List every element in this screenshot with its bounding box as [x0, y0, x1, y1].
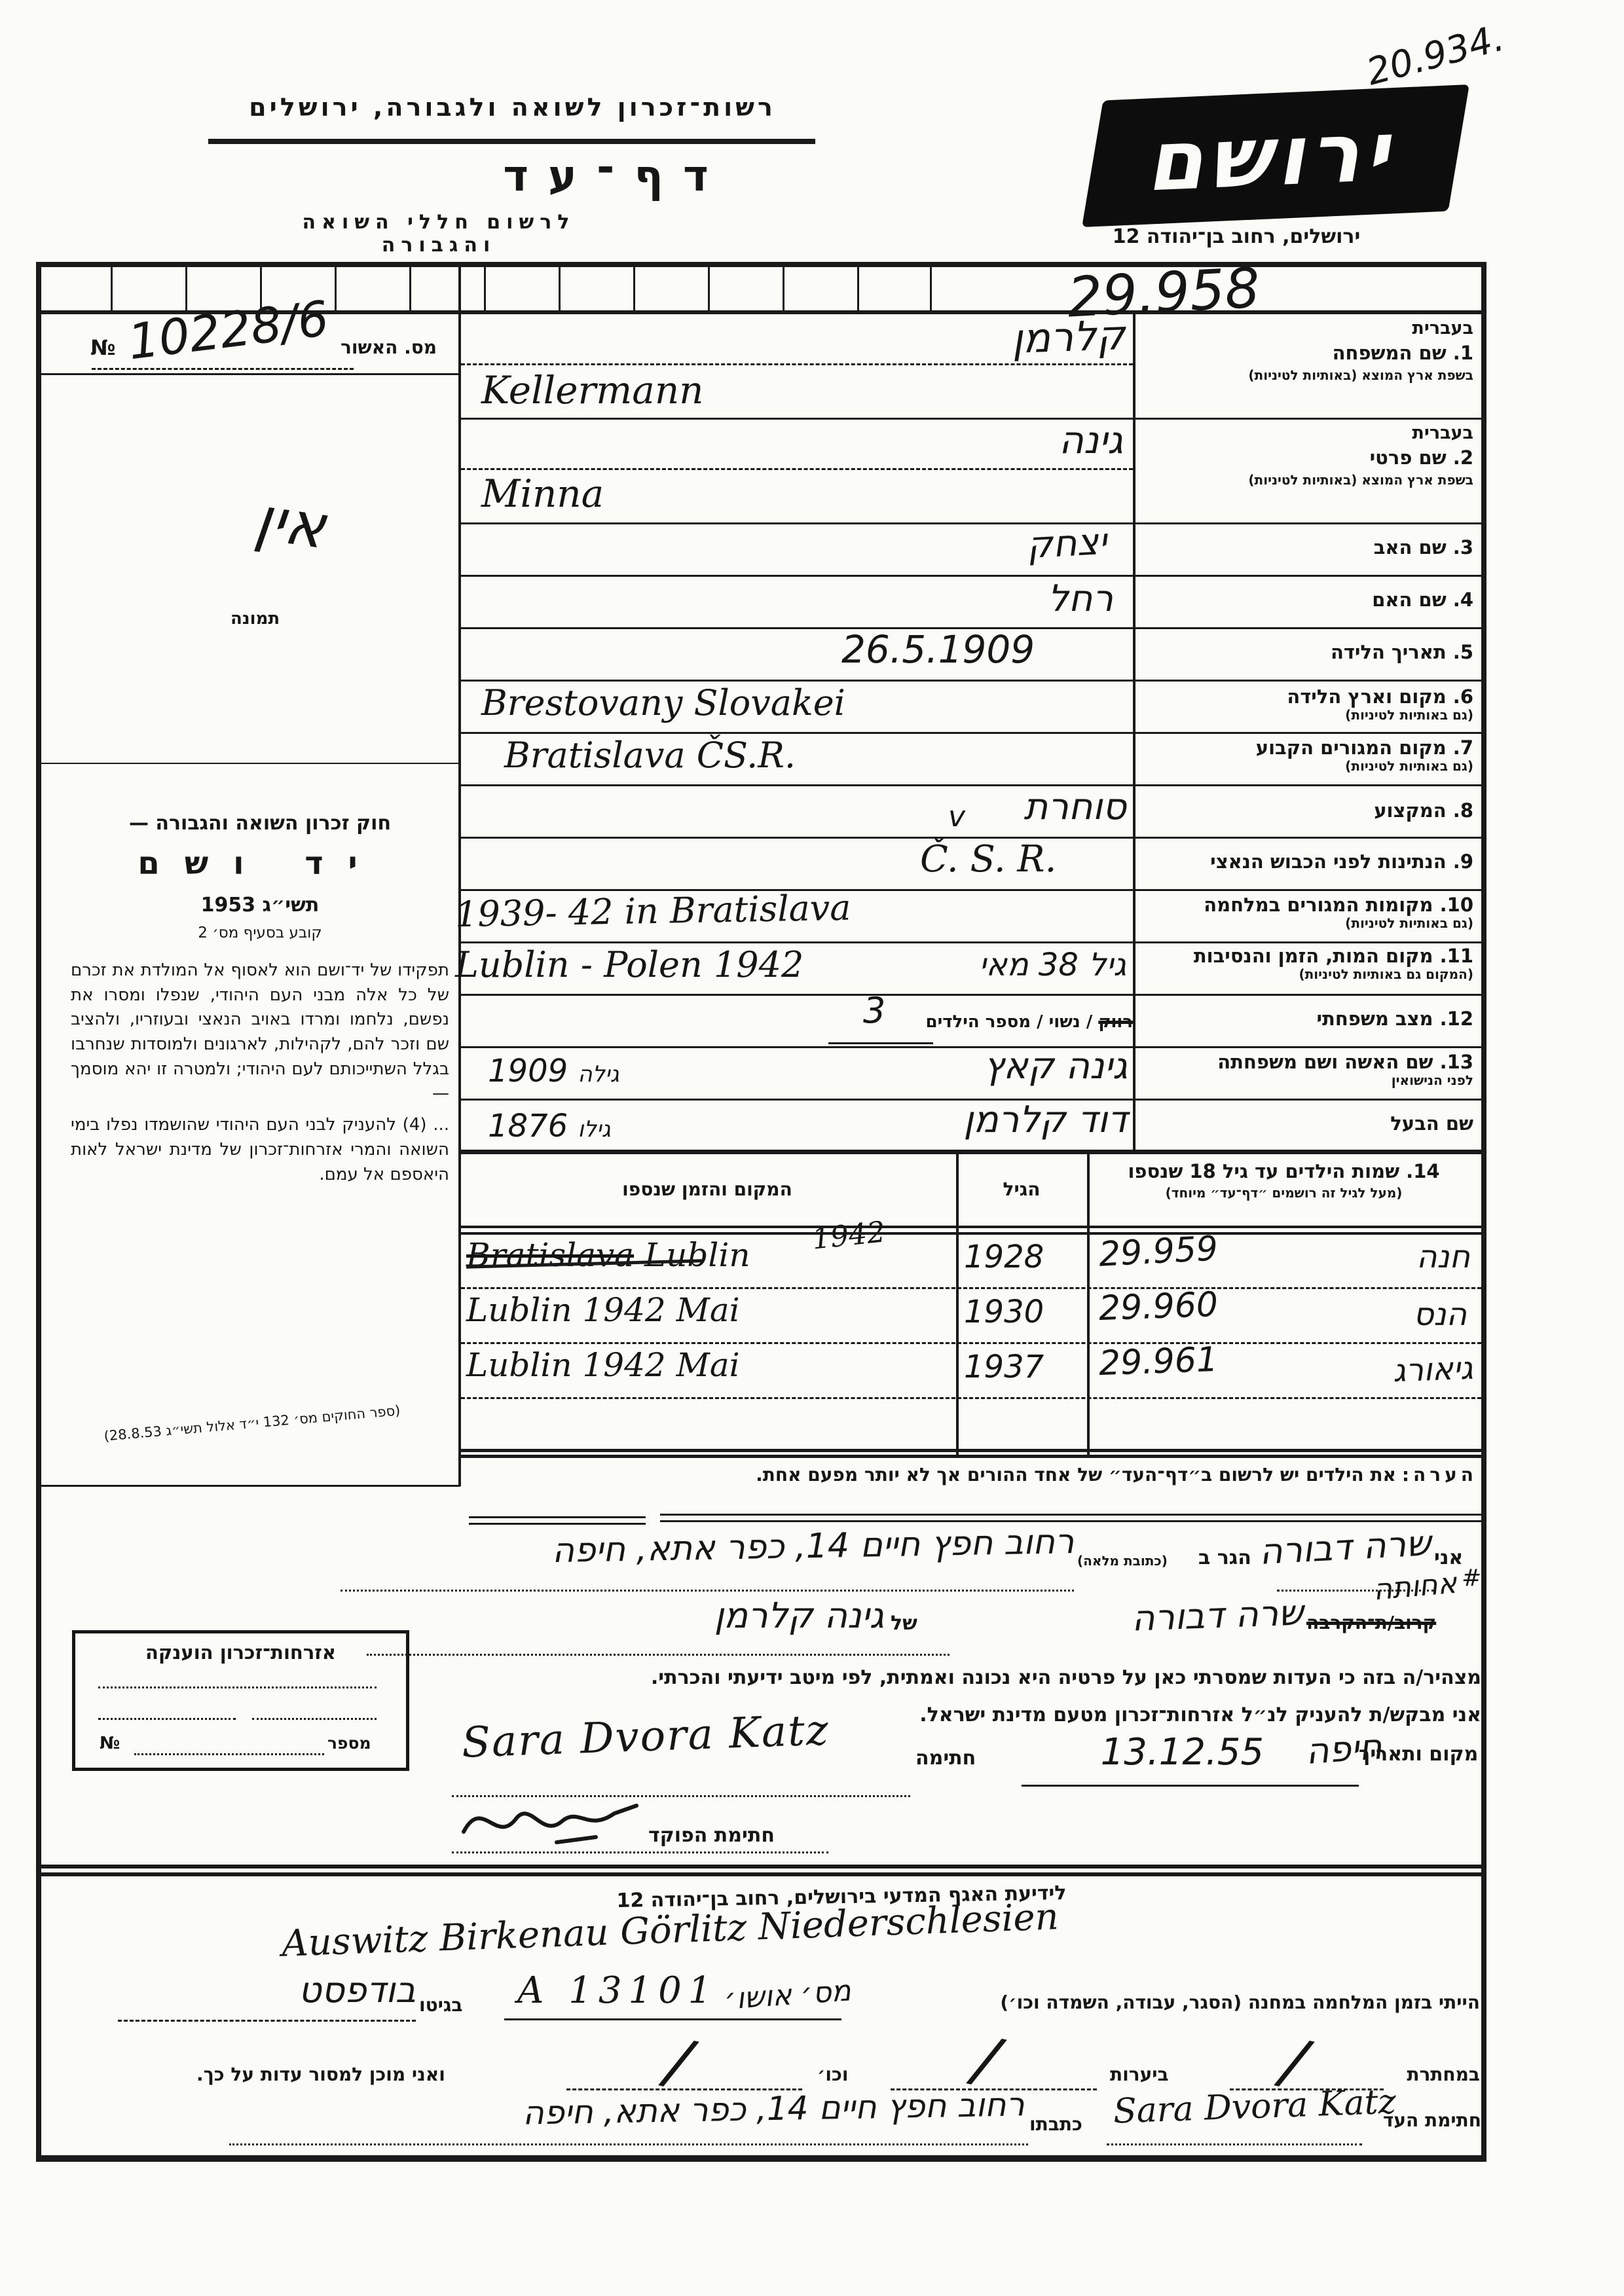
table-bottom-rule1 — [458, 1449, 1481, 1452]
strip-tick — [111, 267, 113, 310]
underground-label: במחתרת — [1407, 2064, 1480, 2085]
rule-he-firstname — [461, 448, 1133, 470]
wife-age-note: גילה — [578, 1061, 619, 1087]
left-column-bottom — [36, 1485, 460, 1487]
decl-correction-mark: # — [1462, 1565, 1481, 1592]
decl-i-label: אני — [1434, 1546, 1463, 1569]
husband-age-value: גילו 1876 — [488, 1108, 611, 1144]
field1-title: 1. שם המשפחה — [1143, 342, 1473, 364]
field11-label: 11. מקום המות, הזמן והנסיבות (המקום גם ב… — [1143, 945, 1473, 981]
border-right — [1481, 262, 1486, 2160]
citizenship-dots-2a — [98, 1701, 236, 1720]
signature-label: חתימה — [915, 1747, 976, 1770]
decl-sep-a1 — [469, 1516, 646, 1518]
decl-victim-name: גינה קלרמן — [714, 1595, 884, 1636]
fields-bottom-thick — [458, 1150, 1481, 1154]
field6-title: 6. מקום וארץ הלידה — [1143, 686, 1473, 708]
bottom-sep-rule2 — [36, 1872, 1481, 1876]
marital-rest: / נשוי / מספר הילדים — [925, 1012, 1092, 1032]
strip-tick — [633, 267, 635, 310]
citizenship-dots-1 — [98, 1669, 377, 1688]
husband-name-value: דוד קלרמן — [963, 1099, 1128, 1141]
witness-sig-label: חתימת העד — [1383, 2109, 1481, 2131]
witness-address-label: כתבתו — [1029, 2113, 1082, 2135]
profession-checkmark: v — [948, 800, 965, 833]
decl-relation-handwritten: אחותה — [1372, 1567, 1458, 1607]
decl-address-value: רחוב חפץ חיים 14, כפר אתא, חיפה — [551, 1522, 1074, 1571]
birthplace-value: Brestovany Slovakei — [481, 682, 845, 723]
decl-address-hint: (כתובת מלאה) — [1077, 1553, 1168, 1569]
place-date-underline — [1022, 1785, 1359, 1787]
rule-f11 — [461, 994, 1481, 996]
testimony-page-document: רשות־זכרון לשואה ולגבורה, ירושלים דף־עד … — [0, 0, 1624, 2296]
rule-f1 — [461, 418, 1481, 420]
death-place-latin-value: Lublin - Polen 1942 — [455, 944, 803, 985]
law-year: תשי״ג 1953 — [71, 894, 449, 917]
table-col-divider-age-right — [1087, 1152, 1090, 1457]
citizenship-dots-3 — [134, 1736, 324, 1755]
photo-bottom-line — [36, 763, 460, 764]
field10-title: 10. מקומות המגורים במלחמה — [1143, 894, 1473, 916]
border-bottom — [36, 2155, 1486, 2162]
child-row1-year-above: 1942 — [811, 1215, 887, 1256]
field9-label: 9. הנתינות לפני הכבוש הנאצי — [1143, 851, 1473, 873]
ghetto-underline — [118, 2000, 416, 2022]
children-note: הערה: את הילדים יש לרשום ב״דף־העד״ של אח… — [458, 1464, 1477, 1485]
field2-label: בעברית 2. שם פרטי בשפת ארץ המוצא (באותיו… — [1143, 423, 1473, 487]
field11-sub: (המקום גם באותיות לטיניות) — [1143, 967, 1473, 981]
rule-f3 — [461, 575, 1481, 577]
wife-name-value: גינה קאץ — [984, 1045, 1128, 1087]
husband-age-note: גילו — [578, 1116, 610, 1142]
strip-tick — [409, 267, 411, 310]
law-title: חוק זכרון השואה והגבורה — — [71, 812, 449, 835]
decl-witness-name2: שרה דבורה — [1131, 1592, 1304, 1639]
cert-row-bottom — [36, 373, 460, 375]
decl-line1-dots-a — [341, 1570, 1074, 1592]
field5-label: 5. תאריך הלידה — [1143, 642, 1473, 663]
field11-title: 11. מקום המות, הזמן והנסיבות — [1143, 945, 1473, 967]
citizenship-no-symbol: № — [100, 1734, 120, 1753]
camp-line-label: הייתי בזמן המלחמה במחנה (הסגר, עבודה, הש… — [1000, 1992, 1480, 2013]
citizenship-number-label: מספר — [327, 1734, 371, 1753]
camp-number-handwritten: A 13101 — [517, 1969, 718, 2012]
field4-label: 4. שם האם — [1143, 589, 1473, 611]
field7-sub: (גם באותיות לטיניות) — [1143, 759, 1473, 773]
witness-sig-dots — [1107, 2126, 1362, 2145]
camp-number-underline — [504, 2018, 841, 2020]
wife-age-year: 1909 — [488, 1053, 568, 1089]
field4-title: 4. שם האם — [1143, 589, 1473, 611]
birthdate-value: 26.5.1909 — [841, 627, 1035, 672]
border-top — [36, 262, 1486, 267]
law-name: יד ושם — [71, 845, 449, 882]
corner-number-handwritten: 20.934. — [1362, 16, 1508, 94]
strip-tick — [559, 267, 561, 310]
field13-title: 13. שם האשה ושם משפחתה — [1143, 1051, 1473, 1073]
field7-label: 7. מקום המגורים הקבוע (גם באותיות לטיניו… — [1143, 737, 1473, 773]
field13-label: 13. שם האשה ושם משפחתה לפני הנישואין — [1143, 1051, 1473, 1087]
surname-latin-value: Kellermann — [481, 368, 704, 412]
rule-f2 — [461, 522, 1481, 524]
child-row1-rule — [461, 1267, 1481, 1289]
field1-sub: בשפת ארץ המוצא (באותיות לטיניות) — [1143, 368, 1473, 382]
field3-title: 3. שם האב — [1143, 537, 1473, 558]
date-handwritten: 13.12.55 — [1101, 1731, 1264, 1774]
table-header-names-sub: (מעל לגיל זה רושמים ״דף־עד״ מיוחד) — [1092, 1185, 1475, 1201]
ghetto-label: בגיטו — [419, 1994, 462, 2016]
field10-sub: (גם באותיות לטיניות) — [1143, 916, 1473, 930]
strip-tick — [484, 267, 486, 310]
war-residence-value: 1939- 42 in Bratislava — [454, 887, 851, 936]
table-header-age: הגיל — [959, 1178, 1084, 1200]
law-sidebar: חוק זכרון השואה והגבורה — יד ושם תשי״ג 1… — [71, 812, 449, 1187]
strip-tick — [335, 267, 337, 310]
field10-label: 10. מקומות המגורים במלחמה (גם באותיות לט… — [1143, 894, 1473, 930]
decl-line2-dots — [367, 1637, 950, 1656]
rule-f7 — [461, 784, 1481, 786]
children-count-underline — [828, 1042, 933, 1044]
office-address: ירושלים, רחוב בן־יהודה 12 — [1092, 225, 1380, 248]
field2-lang: בעברית — [1143, 423, 1473, 443]
citizenship-dots-2b — [252, 1701, 377, 1720]
field1-lang: בעברית — [1143, 318, 1473, 338]
witness-address-dots — [229, 2126, 1028, 2145]
decl-witness-name: שרה דבורה — [1258, 1522, 1431, 1573]
stamp-text: ירושם — [1143, 102, 1408, 210]
yad-vashem-stamp: ירושם — [1082, 84, 1469, 227]
marital-options: רווק / נשוי / מספר הילדים — [925, 1012, 1133, 1032]
photo-label: תמונה — [231, 609, 280, 629]
children-note-text: את הילדים יש לרשום ב״דף־העד״ של אחד ההור… — [756, 1464, 1396, 1485]
rule-f12 — [461, 1046, 1481, 1048]
field6-sub: (גם באותיות לטיניות) — [1143, 708, 1473, 722]
strip-tick — [857, 267, 859, 310]
firstname-hebrew-value: גינה — [1059, 418, 1123, 462]
wife-age-value: גילה 1909 — [488, 1053, 619, 1089]
law-clause: ... (4) להעניק לבני העם היהודי שהושמדו נ… — [71, 1113, 449, 1187]
strip-tick — [185, 267, 187, 310]
table-header-rule2 — [458, 1232, 1481, 1235]
field2-title: 2. שם פרטי — [1143, 447, 1473, 469]
table-header-place: המקום והזמן שנספו — [471, 1178, 943, 1200]
decl-sep-b1 — [469, 1523, 646, 1525]
husband-label: שם הבעל — [1143, 1113, 1473, 1135]
law-section: קובע בסעיף מס׳ 2 — [71, 924, 449, 941]
rule-f10 — [461, 941, 1481, 943]
table-header-rule1 — [458, 1226, 1481, 1228]
strip-tick — [783, 267, 784, 310]
form-title: דף־עד — [458, 151, 773, 201]
place-handwritten: חיפה — [1304, 1726, 1383, 1772]
table-header-names: 14. שמות הילדים עד גיל 18 שנספו (מעל לגי… — [1092, 1160, 1475, 1201]
residence-value: Bratislava ČS.R. — [504, 735, 796, 776]
photo-none-handwritten: אין — [251, 483, 330, 562]
field8-title: 8. המקצוע — [1143, 800, 1473, 822]
citizenship-title: אזרחות־זכרון הוענקה — [75, 1641, 406, 1664]
decl-sep-a2 — [660, 1514, 1481, 1516]
decl-resides-label: הגר ב — [1198, 1546, 1251, 1569]
decl-relation-struck-label: קרוב/ת־הקרבה — [1306, 1612, 1436, 1633]
law-citation: (ספר החוקים מס׳ 132 י״ד אלול תשי״ג 28.8.… — [65, 1399, 439, 1448]
rule-f6 — [461, 732, 1481, 734]
bottom-sep-rule1 — [36, 1865, 1481, 1868]
children-count-value: 3 — [863, 990, 885, 1031]
field3-label: 3. שם האב — [1143, 537, 1473, 558]
child-row2-rule — [461, 1322, 1481, 1344]
marital-single-struck: רווק — [1098, 1012, 1133, 1032]
surname-hebrew-value: קלרמן — [1011, 311, 1126, 363]
field9-title: 9. הנתינות לפני הכבוש הנאצי — [1143, 851, 1473, 873]
mother-name-value: רחל — [1048, 577, 1113, 620]
org-underline — [208, 139, 815, 144]
father-name-value: יצחק — [1025, 520, 1107, 567]
etc-label: וכו׳ — [817, 2064, 849, 2085]
table-header-names-main: 14. שמות הילדים עד גיל 18 שנספו — [1092, 1160, 1475, 1182]
table-bottom-rule2 — [458, 1455, 1481, 1458]
table-col-divider-age-left — [956, 1152, 959, 1457]
profession-value: סוחרת — [1024, 786, 1126, 828]
field8-label: 8. המקצוע — [1143, 800, 1473, 822]
field6-label: 6. מקום וארץ הלידה (גם באותיות לטיניות) — [1143, 686, 1473, 722]
forests-label: ביערות — [1110, 2064, 1169, 2085]
field7-title: 7. מקום המגורים הקבוע — [1143, 737, 1473, 759]
law-body: תפקידו של יד־ושם הוא לאסוף אל המולדת את … — [71, 958, 449, 1106]
clerk-signature-dots — [452, 1832, 828, 1853]
camp-name-handwritten: מס׳ אושו׳ — [724, 1974, 853, 2016]
ready-to-testify-label: ואני מוכן למסור עדות על כך. — [196, 2064, 445, 2085]
field1-label: בעברית 1. שם המשפחה בשפת ארץ המוצא (באות… — [1143, 318, 1473, 382]
decl-of-label: של — [891, 1612, 917, 1635]
husband-title: שם הבעל — [1143, 1113, 1473, 1135]
bottom-witness-signature: Sara Dvora Katz — [1113, 2082, 1397, 2131]
field2-sub: בשפת ארץ המוצא (באותיות לטיניות) — [1143, 473, 1473, 487]
citizenship-value: Č. S. R. — [920, 838, 1056, 881]
rule-f5 — [461, 680, 1481, 682]
witness-address-handwritten: רחוב חפץ חיים 14, כפר אתא, חיפה — [523, 2085, 1025, 2132]
strip-tick — [708, 267, 710, 310]
death-age-hebrew-value: גיל 38 מאי — [979, 947, 1126, 983]
children-note-label: הערה: — [1402, 1464, 1477, 1485]
husband-age-year: 1876 — [488, 1108, 568, 1144]
witness-signature: Sara Dvora Katz — [461, 1706, 830, 1768]
form-subtitle: לרשום חללי השואה והגבורה — [275, 211, 602, 257]
field12-label: 12. מצב משפחתי — [1143, 1008, 1473, 1030]
firstname-latin-value: Minna — [481, 471, 604, 516]
field13-sub: לפני הנישואין — [1143, 1073, 1473, 1087]
field5-title: 5. תאריך הלידה — [1143, 642, 1473, 663]
cert-label: מס. האשור — [341, 337, 437, 358]
decl-request: אני מבקש/ת להעניק לנ״ל אזרחות־זכרון מטעם… — [750, 1704, 1481, 1726]
org-name: רשות־זכרון לשואה ולגבורה, ירושלים — [210, 93, 815, 122]
strip-end — [930, 267, 932, 310]
child-row3-rule — [461, 1377, 1481, 1399]
field12-title: 12. מצב משפחתי — [1143, 1008, 1473, 1030]
decl-statement: מצהיר/ה בזה כי העדות שמסרתי כאן על פרטיה… — [406, 1666, 1481, 1689]
